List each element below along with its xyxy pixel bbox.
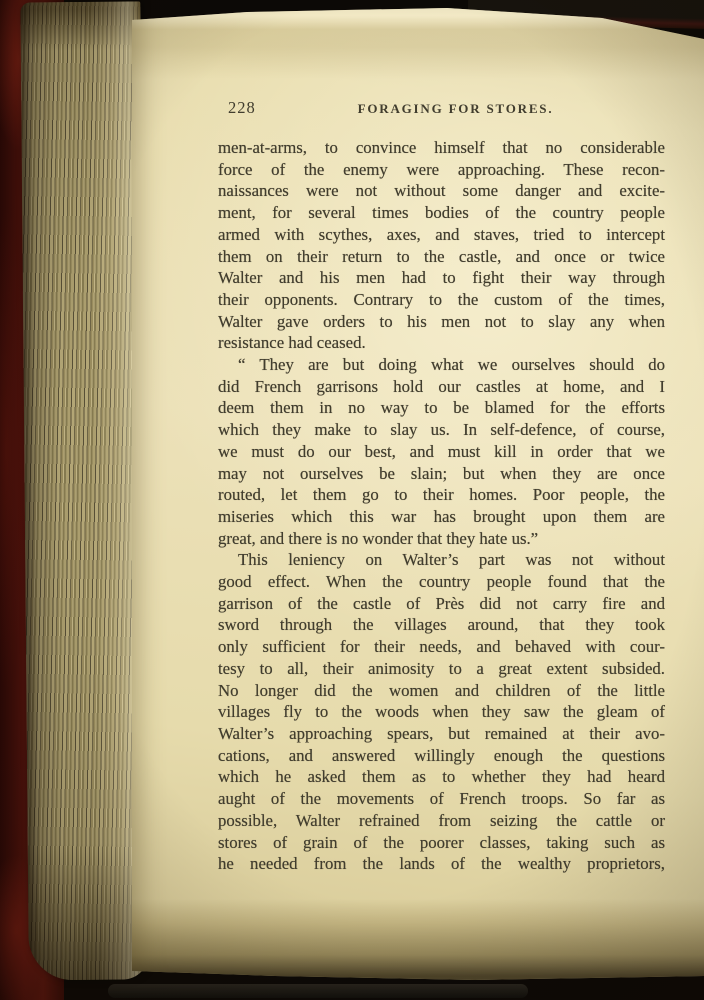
page-number: 228 <box>228 98 256 118</box>
text-line: naissances were not without some danger … <box>218 180 665 202</box>
book-photo: { "page": { "number": "228", "running_he… <box>0 0 704 1000</box>
text-line: garrison of the castle of Près did not c… <box>218 593 665 615</box>
text-line: deem them in no way to be blamed for the… <box>218 397 665 419</box>
text-line: force of the enemy were approaching. The… <box>218 159 665 181</box>
text-line: No longer did the women and children of … <box>218 680 665 702</box>
text-line: resistance had ceased. <box>218 332 665 354</box>
text-line: miseries which this war has brought upon… <box>218 506 665 528</box>
body-text: men-at-arms, to convince himself that no… <box>218 137 665 875</box>
text-line: routed, let them go to their homes. Poor… <box>218 484 665 506</box>
text-line: which he asked them as to whether they h… <box>218 766 665 788</box>
text-line: villages fly to the woods when they saw … <box>218 701 665 723</box>
text-line: which they make to slay us. In self-defe… <box>218 419 665 441</box>
text-line: only sufficient for their needs, and beh… <box>218 636 665 658</box>
text-line: he needed from the lands of the wealthy … <box>218 853 665 875</box>
page-header: 228 FORAGING FOR STORES. <box>218 98 665 118</box>
text-line: great, and there is no wonder that they … <box>218 528 665 550</box>
text-line: them on their return to the castle, and … <box>218 246 665 268</box>
text-line: armed with scythes, axes, and staves, tr… <box>218 224 665 246</box>
text-line: good effect. When the country people fou… <box>218 571 665 593</box>
text-line: aught of the movements of French troops.… <box>218 788 665 810</box>
text-line: ment, for several times bodies of the co… <box>218 202 665 224</box>
text-line: stores of grain of the poorer classes, t… <box>218 832 665 854</box>
text-line: Walter and his men had to fight their wa… <box>218 267 665 289</box>
text-line: tesy to all, their animosity to a great … <box>218 658 665 680</box>
book-page: 228 FORAGING FOR STORES. men-at-arms, to… <box>132 6 704 982</box>
text-line: men-at-arms, to convince himself that no… <box>218 137 665 159</box>
text-line: This leniency on Walter’s part was not w… <box>218 549 665 571</box>
book-board-bottom-edge <box>108 984 528 998</box>
text-line: sword through the villages around, that … <box>218 614 665 636</box>
text-line: Walter gave orders to his men not to sla… <box>218 311 665 333</box>
text-line: possible, Walter refrained from seizing … <box>218 810 665 832</box>
text-line: did French garrisons hold our castles at… <box>218 376 665 398</box>
stacked-page-edges <box>20 1 149 980</box>
text-line: “ They are but doing what we ourselves s… <box>218 354 665 376</box>
text-line: cations, and answered willingly enough t… <box>218 745 665 767</box>
text-line: their opponents. Contrary to the custom … <box>218 289 665 311</box>
text-line: may not ourselves be slain; but when the… <box>218 463 665 485</box>
text-line: Walter’s approaching spears, but remaine… <box>218 723 665 745</box>
text-line: we must do our best, and must kill in or… <box>218 441 665 463</box>
running-header: FORAGING FOR STORES. <box>358 101 554 117</box>
